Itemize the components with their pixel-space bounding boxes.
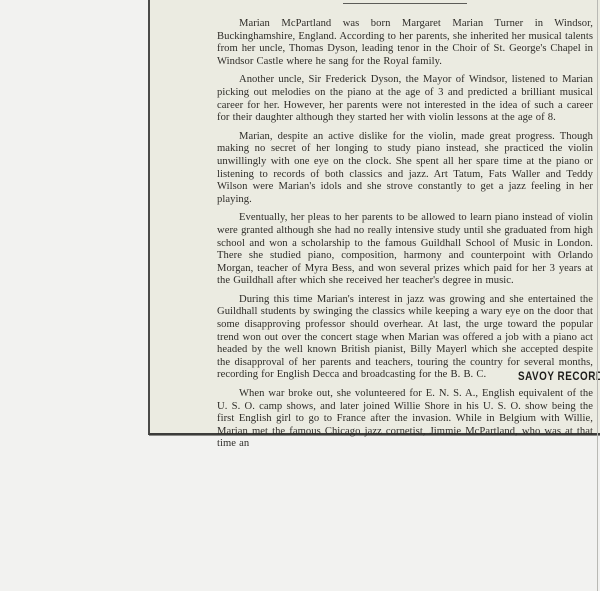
scan-edge-line xyxy=(597,0,598,591)
paragraph-war: When war broke out, she volunteered for … xyxy=(217,388,593,451)
scanned-sheet: Marian McPartland was born Margaret Mari… xyxy=(0,0,600,591)
biography-text: Marian McPartland was born Margaret Mari… xyxy=(217,18,593,457)
paragraph-guildhall: Eventually, her pleas to her parents to … xyxy=(217,212,593,288)
paragraph-uncle-mayor: Another uncle, Sir Frederick Dyson, the … xyxy=(217,74,593,124)
paragraph-birth: Marian McPartland was born Margaret Mari… xyxy=(217,18,593,68)
top-divider-rule xyxy=(343,3,467,4)
liner-notes-page: Marian McPartland was born Margaret Mari… xyxy=(148,0,600,435)
paragraph-violin: Marian, despite an active dislike for th… xyxy=(217,131,593,207)
publisher-label: SAVOY RECORD C xyxy=(518,371,600,383)
paragraph-jazz-interest: During this time Marian's interest in ja… xyxy=(217,294,593,382)
